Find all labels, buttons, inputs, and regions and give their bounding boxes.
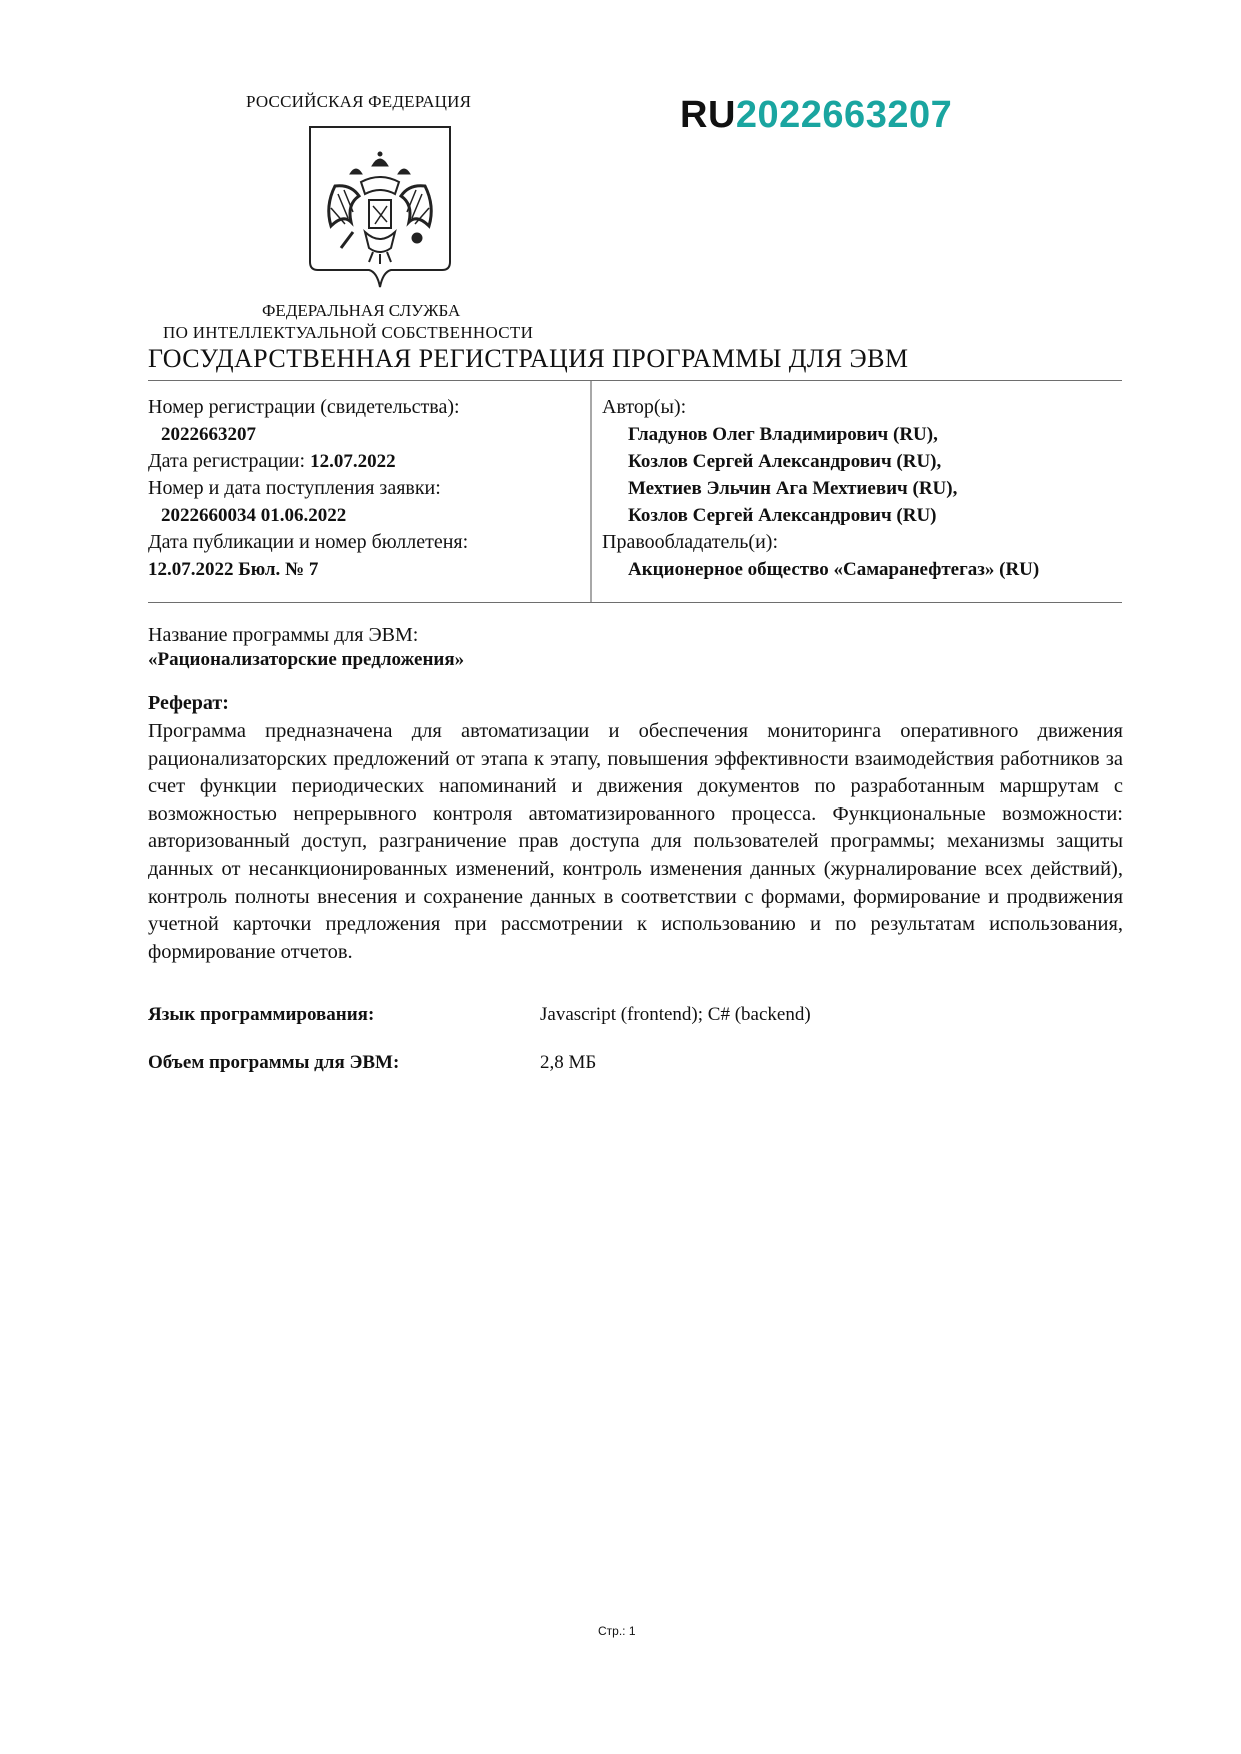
language-value: Javascript (frontend); C# (backend): [540, 1004, 811, 1026]
size-value: 2,8 МБ: [540, 1052, 596, 1074]
author-item: Козлов Сергей Александрович (RU),: [602, 448, 1122, 475]
document-title: ГОСУДАРСТВЕННАЯ РЕГИСТРАЦИЯ ПРОГРАММЫ ДЛ…: [148, 344, 908, 374]
author-item: Мехтиев Эльчин Ага Мехтиевич (RU),: [602, 475, 1122, 502]
agency-name-line2: ПО ИНТЕЛЛЕКТУАЛЬНОЙ СОБСТВЕННОСТИ: [163, 323, 533, 343]
registration-details: Номер регистрации (свидетельства): 20226…: [148, 394, 578, 583]
divider-top: [148, 380, 1122, 381]
country-code: RU: [680, 94, 736, 136]
country-name: РОССИЙСКАЯ ФЕДЕРАЦИЯ: [246, 92, 471, 112]
abstract-text: Программа предназначена для автоматизаци…: [148, 718, 1123, 966]
registration-number-label: Номер регистрации (свидетельства):: [148, 394, 578, 421]
author-item: Козлов Сергей Александрович (RU): [602, 502, 1122, 529]
russian-coat-of-arms-icon: [307, 124, 453, 290]
program-name-label: Название программы для ЭВМ:: [148, 622, 418, 649]
authors-label: Автор(ы):: [602, 394, 1122, 421]
authors-holders: Автор(ы): Гладунов Олег Владимирович (RU…: [602, 394, 1122, 583]
abstract-label: Реферат:: [148, 692, 229, 715]
registration-date-value: 12.07.2022: [310, 451, 396, 472]
divider-bottom: [148, 602, 1122, 603]
holders-label: Правообладатель(и):: [602, 529, 1122, 556]
registration-number-value: 2022663207: [148, 421, 578, 448]
author-item: Гладунов Олег Владимирович (RU),: [602, 421, 1122, 448]
registration-number-headline: 2022663207: [736, 94, 952, 136]
size-label: Объем программы для ЭВМ:: [148, 1052, 399, 1074]
publication-value: 12.07.2022 Бюл. № 7: [148, 556, 578, 583]
application-label: Номер и дата поступления заявки:: [148, 475, 578, 502]
registration-date-row: Дата регистрации: 12.07.2022: [148, 448, 578, 475]
publication-label: Дата публикации и номер бюллетеня:: [148, 529, 578, 556]
program-name: «Рационализаторские предложения»: [148, 649, 464, 671]
page-number: Стр.: 1: [598, 1624, 636, 1638]
language-label: Язык программирования:: [148, 1004, 374, 1026]
publication-number: RU2022663207: [680, 96, 952, 134]
application-value: 2022660034 01.06.2022: [148, 502, 578, 529]
holder-item: Акционерное общество «Самаранефтегаз» (R…: [602, 556, 1122, 583]
registration-date-label: Дата регистрации:: [148, 450, 305, 472]
column-divider: [590, 381, 592, 602]
agency-name-line1: ФЕДЕРАЛЬНАЯ СЛУЖБА: [262, 301, 460, 321]
